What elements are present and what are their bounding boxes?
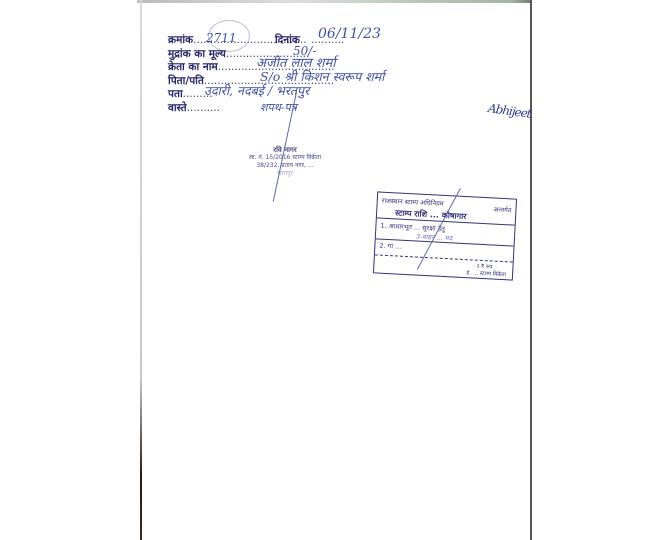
stamp-sale-form: क्रमांक.................................… — [168, 34, 335, 115]
address-row: पता......... उदारी, नदबई / भरतपुर — [168, 88, 335, 102]
purpose-row: वास्ते.......... शपथ-पत्र — [168, 102, 335, 116]
stamp-value-label: मुद्रांक का मूल्य — [168, 48, 226, 60]
page-right-edge — [530, 0, 532, 540]
seal-line1-right: अन्तर्गत — [493, 205, 511, 215]
serial-value: 2711 — [206, 32, 237, 46]
vendor-place: भरतपुर — [225, 170, 345, 178]
address-label: पता — [168, 88, 183, 100]
vendor-license: ला. नं. 15/2016 स्टाम्प विक्रेता — [225, 154, 345, 162]
purpose-label: वास्ते — [168, 102, 187, 114]
date-value: 06/11/23 — [318, 28, 381, 42]
vendor-address: 38/232, प्रताप नगर, ... — [225, 162, 345, 170]
serial-label: क्रमांक — [168, 34, 193, 46]
buyer-name-label: क्रेता का नाम — [168, 61, 218, 73]
seal-line1-left: राजस्थान स्टाम्प अधिनियम — [382, 196, 444, 208]
page-left-edge — [140, 0, 142, 540]
address-value: उदारी, नदबई / भरतपुर — [204, 84, 309, 98]
vendor-stamp: रवि नागर ला. नं. 15/2016 स्टाम्प विक्रेत… — [225, 146, 345, 178]
seal-item1: 1. आधारभूत ... सुरक्षा हेतु — [380, 221, 445, 233]
page-top-edge — [137, 0, 532, 3]
treasury-seal: राजस्थान स्टाम्प अधिनियम अन्तर्गत स्टाम्… — [373, 191, 517, 280]
father-husband-label: पिता/पति — [168, 75, 204, 87]
seal-footer2: ह. ... स्टाम्प विक्रेता — [466, 268, 506, 278]
father-husband-value: S/o श्री किशन स्वरूप शर्मा — [260, 70, 384, 84]
seal-item2: 2. गा ... — [379, 241, 401, 251]
vendor-name: रवि नागर — [225, 146, 345, 154]
